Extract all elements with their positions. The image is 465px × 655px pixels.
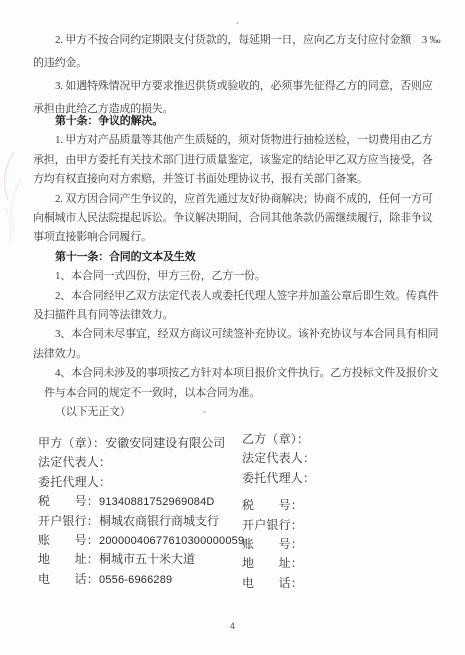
contract-line: 2. 双方因合同产生争议的，应首先通过友好协商解决；协商不成的，任何一方可: [33, 190, 437, 209]
field-label: 乙方（章）：: [242, 432, 309, 446]
party-b-account-row: 账 号：: [242, 535, 432, 554]
party-b-bank-row: 开户银行：: [242, 516, 432, 535]
clause-11-heading: 第十一条：合同的文本及生效: [33, 248, 437, 267]
party-a-bank-name: 桐城农商银行商城支行: [99, 514, 219, 528]
field-label: 税 号：: [242, 498, 303, 512]
field-label: 地 址：: [38, 552, 99, 566]
field-label: 法定代表人：: [242, 451, 315, 465]
field-label: 地 址：: [242, 556, 303, 570]
field-label: 开户银行：: [242, 518, 303, 532]
page-number: 4: [0, 621, 465, 631]
contract-line: 的违约金。: [33, 52, 437, 75]
contract-line: 4、本合同未涉及的事项按乙方针对本项目报价文件执行。乙方投标文件及报价文: [33, 364, 437, 383]
party-b-legal-rep-row: 法定代表人：: [242, 449, 432, 468]
party-a-phone-row: 电 话：0556-6966289: [38, 570, 238, 589]
contract-line: 3. 如遇特殊情况甲方要求推迟供货或验收的，必须事先征得乙方的同意，否则应: [33, 75, 437, 98]
field-label: 甲方（章）：: [38, 436, 105, 450]
contract-line: 1、本合同一式四份，甲方三份，乙方一份。: [33, 267, 437, 286]
field-label: 税 号：: [38, 494, 99, 508]
party-a-tax-no-row: 税 号：91340881752969084D: [38, 492, 238, 511]
party-a-address-row: 地 址：桐城市五十米大道: [38, 550, 238, 569]
party-a-address: 桐城市五十米大道: [99, 552, 195, 566]
contract-line: 事项直接影响合同履行。: [33, 228, 437, 247]
no-more-text-note: （以下无正文）: [33, 403, 437, 422]
party-a-account-row: 账 号：20000040677610300000059: [38, 531, 238, 550]
contract-body: 2. 甲方不按合同约定期限支付货款的，每延期一日，应向乙方支付应付金额 3 ‰ …: [33, 29, 437, 423]
party-b-tax-no-row: 税 号：: [242, 496, 432, 515]
contract-line: 2. 甲方不按合同约定期限支付货款的，每延期一日，应向乙方支付应付金额 3 ‰: [33, 29, 437, 52]
contract-line: 件与本合同的规定不一致时，以本合同为准。: [33, 384, 437, 403]
contract-line: 及扫描件具有同等法律效力。: [33, 306, 437, 325]
contract-line: 1. 甲方对产品质量等其他产生质疑的，须对货物进行抽检送检，一切费用由乙方: [33, 131, 437, 150]
party-a-signature-block: 甲方（章）：安徽安同建设有限公司 法定代表人： 委托代理人： 税 号：91340…: [38, 434, 238, 589]
party-a-agent-row: 委托代理人：: [38, 473, 238, 492]
field-label: 开户银行：: [38, 514, 99, 528]
party-a-seal-row: 甲方（章）：安徽安同建设有限公司: [38, 434, 238, 453]
party-b-phone-row: 电 话：: [242, 574, 432, 593]
contract-line: 3、本合同未尽事宜，经双方商议可续签补充协议。该补充协议与本合同具有相同: [33, 325, 437, 344]
field-label: 账 号：: [242, 537, 303, 551]
scan-artifact-dot: [236, 22, 239, 24]
field-label: 电 话：: [242, 576, 303, 590]
clause-10-heading: 第十条：争议的解决。: [33, 112, 437, 131]
contract-page: 2. 甲方不按合同约定期限支付货款的，每延期一日，应向乙方支付应付金额 3 ‰ …: [0, 0, 465, 655]
scan-artifact-marks: [0, 150, 34, 260]
party-a-phone-number: 0556-6966289: [99, 574, 172, 586]
contract-line: 向桐城市人民法院提起诉讼。争议解决期间，合同其他条款仍需继续履行，除非争议: [33, 209, 437, 228]
field-label: 委托代理人：: [242, 471, 315, 485]
field-label: 法定代表人：: [38, 455, 111, 469]
party-b-address-row: 地 址：: [242, 554, 432, 573]
contract-line: 法律效力。: [33, 345, 437, 364]
party-a-bank-row: 开户银行：桐城农商银行商城支行: [38, 512, 238, 531]
party-b-seal-row: 乙方（章）：: [242, 430, 432, 449]
contract-line: 2、本合同经甲乙双方法定代表人或委托代理人签字并加盖公章后即生效。传真件: [33, 287, 437, 306]
field-label: 委托代理人：: [38, 475, 111, 489]
party-b-agent-row: 委托代理人：: [242, 469, 432, 488]
contract-line: 承担，由甲方委托有关技术部门进行质量鉴定，该鉴定的结论甲乙双方应当接受，各: [33, 151, 437, 170]
contract-line: 方均有权直接向对方索赔，并签订书面处理协议书，报有关部门备案。: [33, 170, 437, 189]
party-a-company-name: 安徽安同建设有限公司: [105, 436, 225, 450]
party-b-signature-block: 乙方（章）： 法定代表人： 委托代理人： 税 号： 开户银行： 账 号： 地 址…: [242, 430, 432, 593]
field-label: 账 号：: [38, 533, 99, 547]
field-label: 电 话：: [38, 572, 99, 586]
party-a-tax-number: 91340881752969084D: [99, 496, 215, 508]
party-a-legal-rep-row: 法定代表人：: [38, 453, 238, 472]
party-a-account-number: 20000040677610300000059: [99, 535, 244, 547]
